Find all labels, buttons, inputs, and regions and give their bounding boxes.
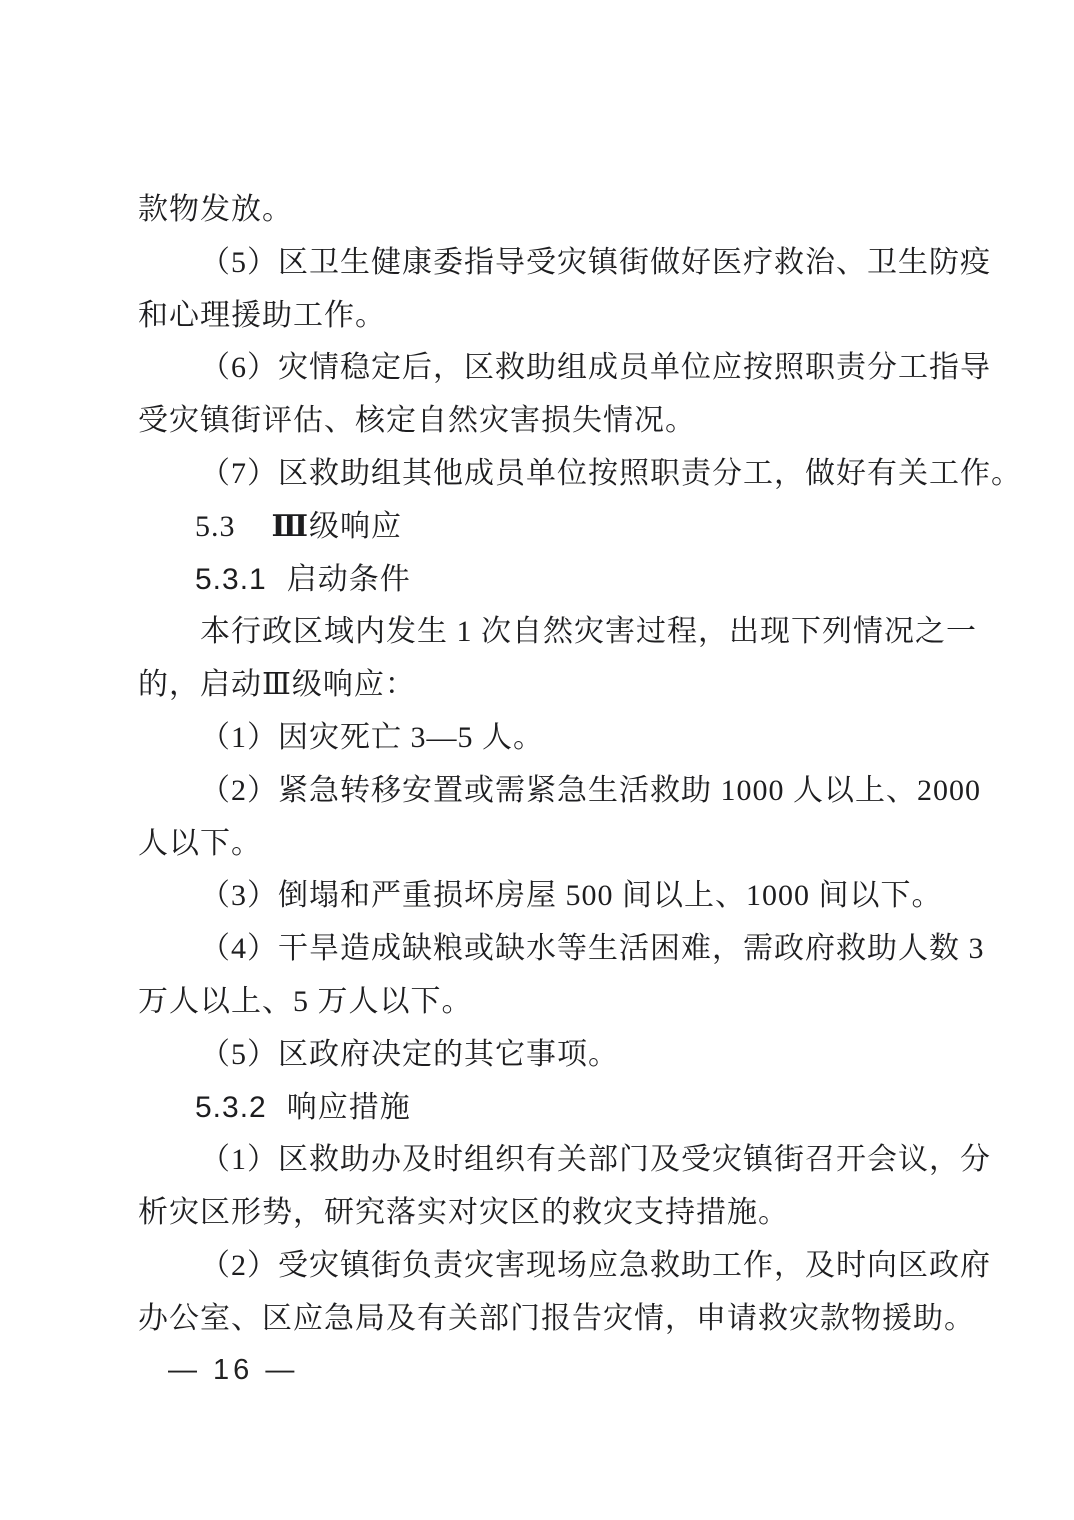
response-level-roman: Ⅲ — [272, 510, 310, 543]
text-line: （5）区卫生健康委指导受灾镇街做好医疗救治、卫生防疫 — [138, 237, 940, 290]
text-line: （2）受灾镇街负责灾害现场应急救助工作，及时向区政府 — [138, 1240, 940, 1293]
section-heading-5-3-2: 5.3.2响应措施 — [138, 1082, 940, 1135]
page-number: — 16 — — [168, 1348, 298, 1392]
text-line: 受灾镇街评估、核定自然灾害损失情况。 — [138, 395, 940, 448]
text-line: （2）紧急转移安置或需紧急生活救助 1000 人以上、2000 — [138, 765, 940, 818]
text-line: 万人以上、5 万人以下。 — [138, 976, 940, 1029]
text-line: 本行政区域内发生 1 次自然灾害过程，出现下列情况之一 — [138, 606, 940, 659]
text-line: （1）区救助办及时组织有关部门及受灾镇街召开会议，分 — [138, 1134, 940, 1187]
section-title: 启动条件 — [287, 563, 411, 596]
section-number: 5.3.1 — [195, 563, 267, 596]
text-line: 办公室、区应急局及有关部门报告灾情，申请救灾款物援助。 — [138, 1293, 940, 1346]
section-title: 响应措施 — [287, 1091, 411, 1124]
section-number: 5.3.2 — [195, 1091, 267, 1124]
text-line: 析灾区形势，研究落实对灾区的救灾支持措施。 — [138, 1187, 940, 1240]
text-line: （4）干旱造成缺粮或缺水等生活困难，需政府救助人数 3 — [138, 923, 940, 976]
text-line: （6）灾情稳定后，区救助组成员单位应按照职责分工指导 — [138, 342, 940, 395]
document-page: 款物发放。 （5）区卫生健康委指导受灾镇街做好医疗救治、卫生防疫 和心理援助工作… — [0, 0, 1074, 1520]
text-line: 的，启动Ⅲ级响应： — [138, 659, 940, 712]
document-body: 款物发放。 （5）区卫生健康委指导受灾镇街做好医疗救治、卫生防疫 和心理援助工作… — [138, 184, 940, 1346]
text-line: （7）区救助组其他成员单位按照职责分工，做好有关工作。 — [138, 448, 940, 501]
text-line: （1）因灾死亡 3—5 人。 — [138, 712, 940, 765]
section-title: 级响应 — [309, 510, 402, 543]
section-heading-5-3-1: 5.3.1启动条件 — [138, 554, 940, 607]
section-heading-5-3: 5.3Ⅲ级响应 — [138, 501, 940, 554]
section-number: 5.3 — [195, 510, 236, 543]
text-line: 和心理援助工作。 — [138, 290, 940, 343]
text-line: （3）倒塌和严重损坏房屋 500 间以上、1000 间以下。 — [138, 870, 940, 923]
text-line: 人以下。 — [138, 818, 940, 871]
text-line: （5）区政府决定的其它事项。 — [138, 1029, 940, 1082]
text-line: 款物发放。 — [138, 184, 940, 237]
